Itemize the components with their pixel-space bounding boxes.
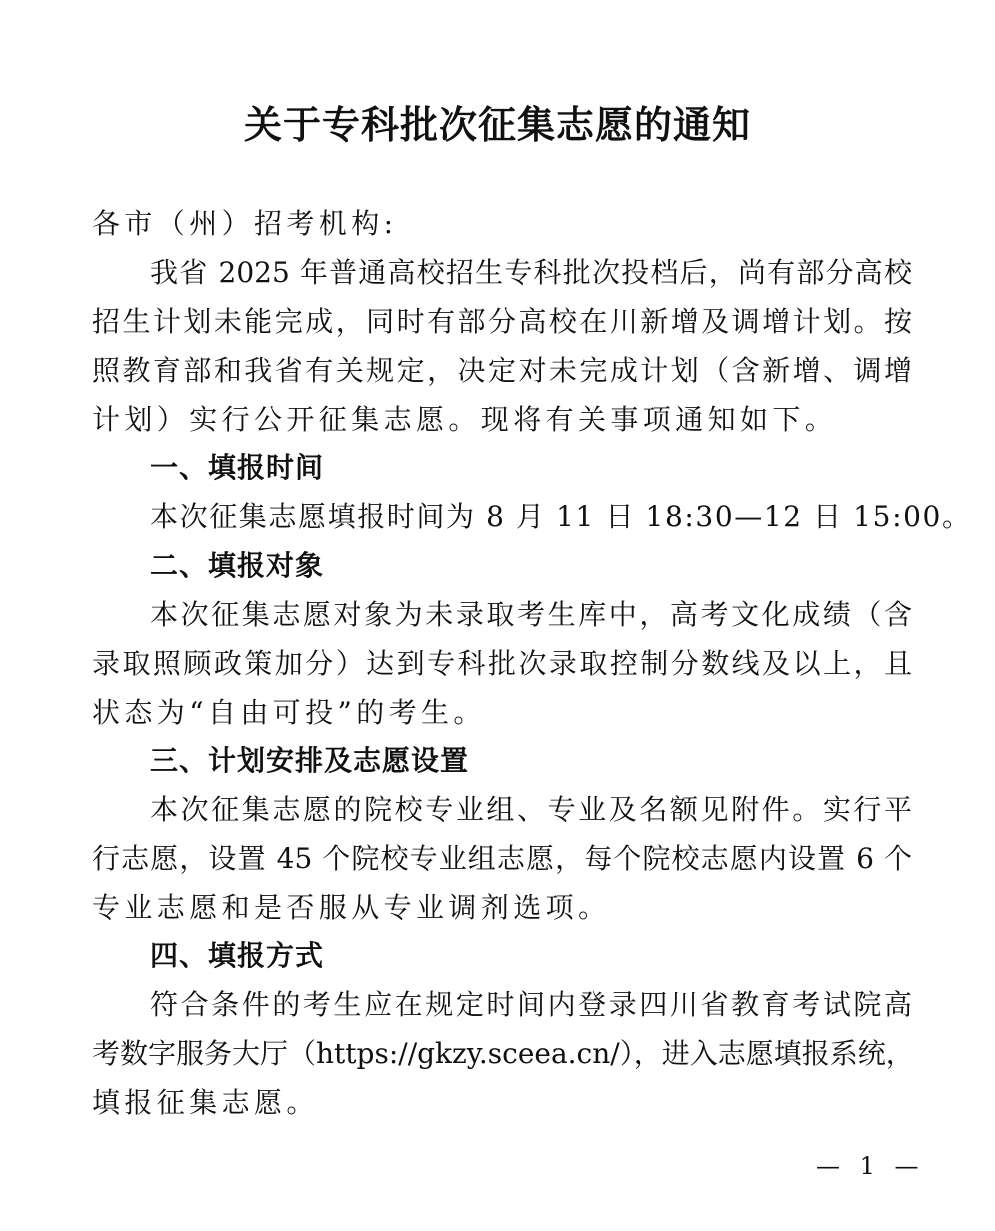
intro-line-4: 计划）实行公开征集志愿。现将有关事项通知如下。 bbox=[92, 400, 912, 440]
section-heading-plan: 三、计划安排及志愿设置 bbox=[150, 741, 912, 781]
section-target-line-3: 状态为“自由可投”的考生。 bbox=[92, 693, 912, 733]
page-number: — 1 — bbox=[816, 1148, 925, 1184]
intro-line-2: 招生计划未能完成，同时有部分高校在川新增及调增计划。按 bbox=[92, 302, 912, 342]
section-heading-time: 一、填报时间 bbox=[150, 448, 912, 488]
intro-line-1: 我省 2025 年普通高校招生专科批次投档后，尚有部分高校 bbox=[150, 253, 912, 293]
section-heading-method: 四、填报方式 bbox=[150, 936, 912, 976]
intro-line-3: 照教育部和我省有关规定，决定对未完成计划（含新增、调增 bbox=[92, 351, 912, 391]
section-heading-target: 二、填报对象 bbox=[150, 546, 912, 586]
section-plan-line-3: 专业志愿和是否服从专业调剂选项。 bbox=[92, 888, 912, 928]
section-target-line-1: 本次征集志愿对象为未录取考生库中，高考文化成绩（含 bbox=[150, 595, 912, 635]
section-plan-line-2: 行志愿，设置 45 个院校专业组志愿，每个院校志愿内设置 6 个 bbox=[92, 839, 912, 879]
document-title: 关于专科批次征集志愿的通知 bbox=[0, 96, 995, 154]
section-method-line-3: 填报征集志愿。 bbox=[92, 1083, 912, 1123]
section-plan-line-1: 本次征集志愿的院校专业组、专业及名额见附件。实行平 bbox=[150, 790, 912, 830]
section-target-line-2: 录取照顾政策加分）达到专科批次录取控制分数线及以上，且 bbox=[92, 644, 912, 684]
salutation: 各市（州）招考机构: bbox=[92, 204, 912, 244]
section-method-line-1: 符合条件的考生应在规定时间内登录四川省教育考试院高 bbox=[150, 985, 912, 1025]
section-method-line-2: 考数字服务大厅（https://gkzy.sceea.cn/），进入志愿填报系统… bbox=[92, 1034, 912, 1074]
section-time-line-1: 本次征集志愿填报时间为 8 月 11 日 18:30—12 日 15:00。 bbox=[150, 497, 912, 537]
